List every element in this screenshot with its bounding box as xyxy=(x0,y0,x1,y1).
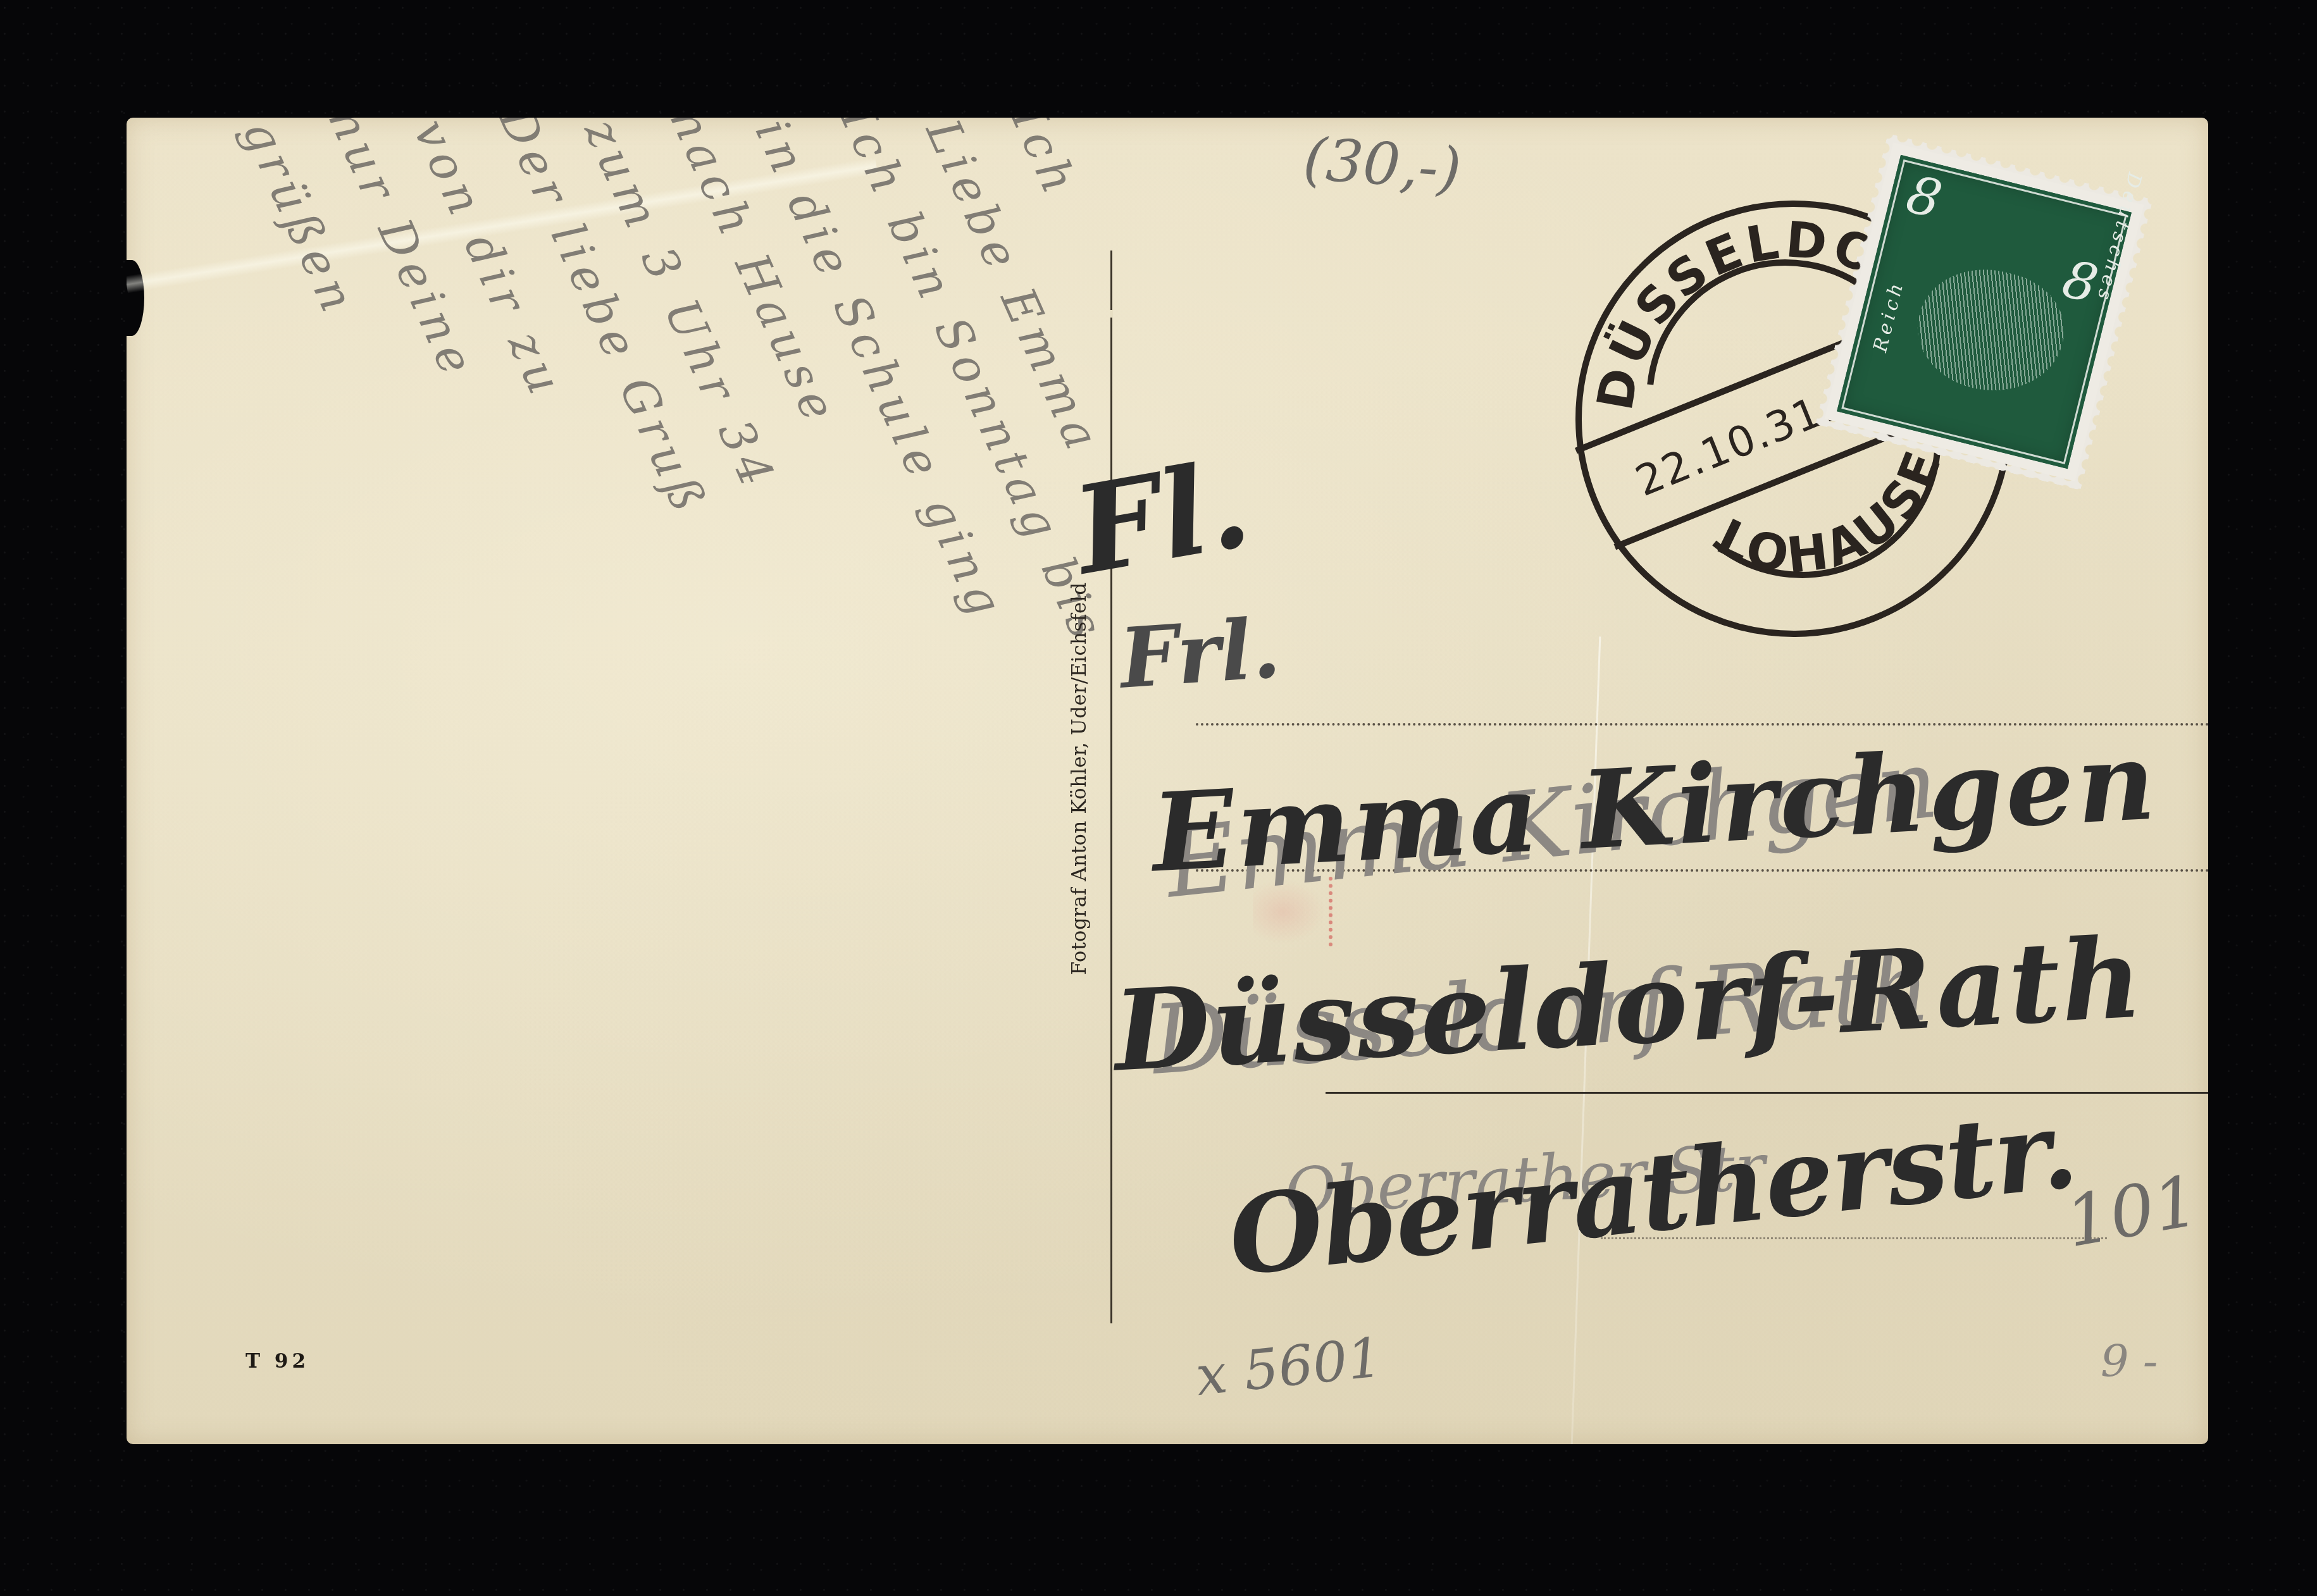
address-street: Oberratherstr. xyxy=(1223,1086,2082,1300)
address-guideline-3 xyxy=(1326,1092,2208,1094)
card-number: T 92 xyxy=(245,1350,309,1373)
handwritten-message: IchLiebe EmmaIch bin Sonntag bisin die S… xyxy=(127,118,1107,1444)
postcard: IchLiebe EmmaIch bin Sonntag bisin die S… xyxy=(127,118,2208,1444)
catalog-number-note: x 5601 xyxy=(1193,1326,1386,1408)
address-title: Frl. xyxy=(1117,599,1283,707)
publisher-imprint: Fotograf Anton Köhler, Uder/Eichsfeld xyxy=(1068,582,1091,975)
center-divider-line xyxy=(1110,251,1112,1323)
address-salutation: Fl. xyxy=(1065,433,1260,602)
stamp-inscription-reich: Reich xyxy=(1869,278,1908,354)
stamp-value-top-left: 8 xyxy=(1902,169,1946,227)
corner-note: 9 - xyxy=(2101,1335,2158,1387)
stamp-portrait-icon xyxy=(1906,254,2076,406)
address-house-number: 101 xyxy=(2059,1160,2204,1263)
postmark-date: 22.10.31. xyxy=(1629,382,1842,506)
message-line: Ich xyxy=(1000,118,1088,206)
price-note: (30,-) xyxy=(1301,125,1463,203)
